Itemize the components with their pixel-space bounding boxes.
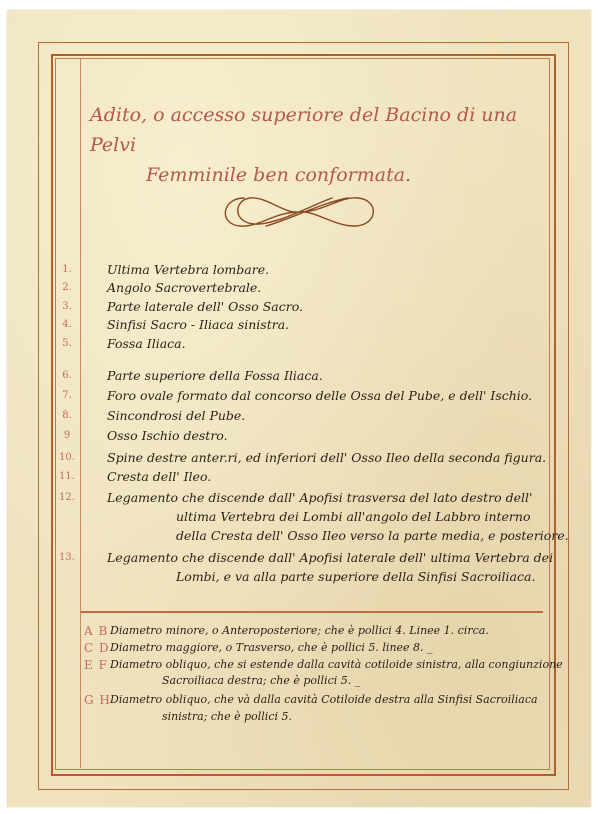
legend-divider: [81, 611, 543, 613]
item-number: 12.: [56, 490, 78, 505]
item-number: 6.: [56, 368, 78, 383]
title-line-2: Femminile ben conformata.: [90, 160, 550, 190]
item-text: Angolo Sacrovertebrale.: [107, 280, 261, 295]
item-number: 4.: [56, 317, 78, 332]
title-line-1: Adito, o accesso superiore del Bacino di…: [90, 100, 550, 160]
legend-text: Diametro minore, o Anteroposteriore; che…: [110, 624, 489, 638]
item-text: Foro ovale formato dal concorso delle Os…: [107, 388, 532, 403]
item-text: Fossa Iliaca.: [107, 336, 186, 351]
item-number: 1.: [56, 262, 78, 277]
legend-code: C D: [84, 641, 110, 655]
legend-code: A B: [84, 624, 108, 638]
legend-code: E F: [84, 658, 108, 672]
legend-text: Diametro obliquo, che si estende dalla c…: [110, 658, 563, 672]
item-text: Ultima Vertebra lombare.: [107, 262, 269, 277]
item-text: Legamento che discende dall' Apofisi tra…: [107, 490, 532, 505]
legend-text-continued: sinistra; che è pollici 5.: [162, 710, 292, 724]
legend-code: G H: [84, 693, 111, 707]
item-text-continued: Lombi, e va alla parte superiore della S…: [176, 569, 535, 584]
item-text: Osso Ischio destro.: [107, 428, 228, 443]
item-text-continued: ultima Vertebra dei Lombi all'angolo del…: [176, 509, 530, 524]
page-title: Adito, o accesso superiore del Bacino di…: [90, 100, 550, 190]
item-text: Parte superiore della Fossa Iliaca.: [107, 368, 323, 383]
flourish-ornament-icon: [214, 190, 384, 234]
item-text: Spine destre anter.ri, ed inferiori dell…: [107, 450, 546, 465]
item-number: 3.: [56, 299, 78, 314]
item-number: 7.: [56, 388, 78, 403]
legend-text: Diametro obliquo, che và dalla cavità Co…: [110, 693, 538, 707]
item-number: 9: [56, 428, 78, 443]
item-text: Sinfisi Sacro - Iliaca sinistra.: [107, 317, 289, 332]
legend-text-continued: Sacroiliaca destra; che è pollici 5. _: [162, 674, 360, 688]
item-text: Sincondrosi del Pube.: [107, 408, 245, 423]
item-number: 2.: [56, 280, 78, 295]
item-text: Legamento che discende dall' Apofisi lat…: [107, 550, 553, 565]
item-number: 13.: [56, 550, 78, 565]
item-number: 10.: [56, 450, 78, 465]
item-number: 5.: [56, 336, 78, 351]
item-text: Cresta dell' Ileo.: [107, 469, 211, 484]
item-text-continued: della Cresta dell' Osso Ileo verso la pa…: [176, 528, 569, 543]
margin-rule: [80, 59, 81, 768]
legend-text: Diametro maggiore, o Trasverso, che è po…: [110, 641, 433, 655]
item-text: Parte laterale dell' Osso Sacro.: [107, 299, 303, 314]
item-number: 11.: [56, 469, 78, 484]
item-number: 8.: [56, 408, 78, 423]
